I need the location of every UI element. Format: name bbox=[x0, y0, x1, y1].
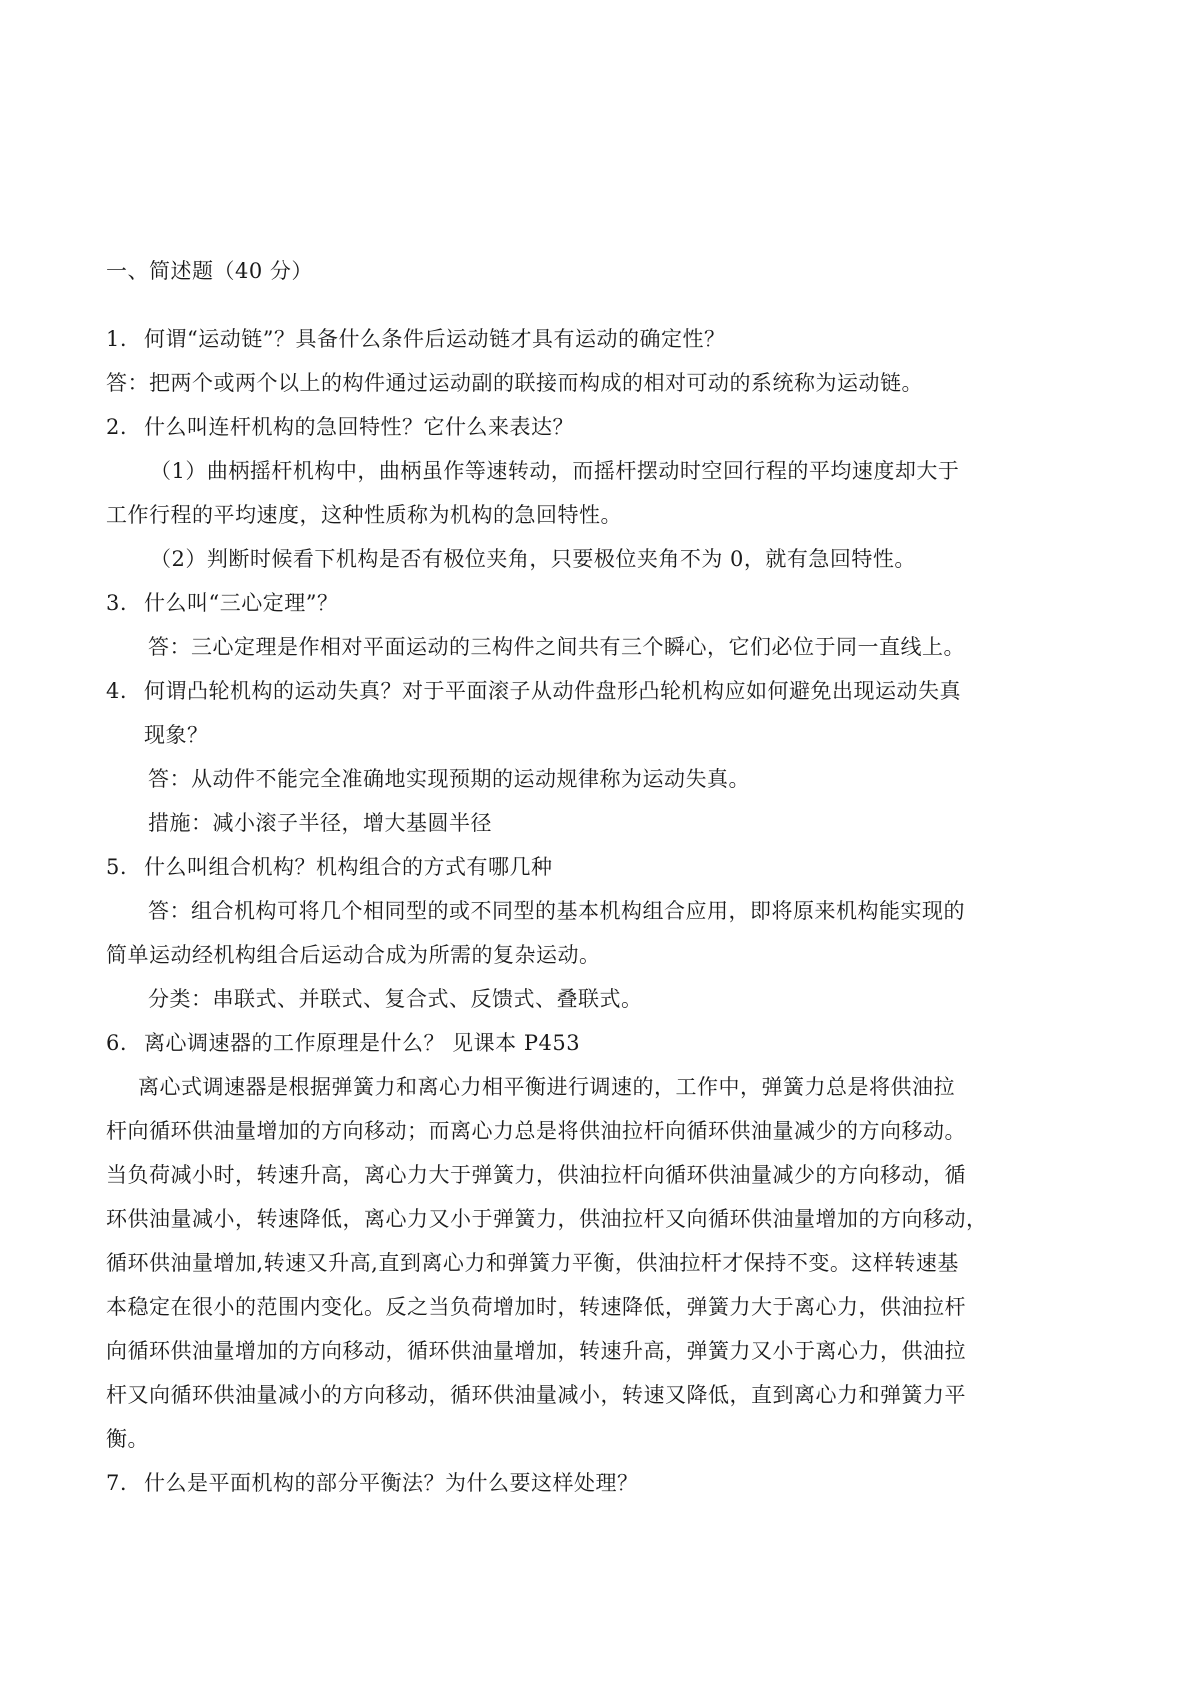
question-text: 什么是平面机构的部分平衡法？为什么要这样处理？ bbox=[144, 1471, 639, 1495]
question-number: 7. bbox=[106, 1469, 144, 1497]
answer-5-line-1: 答：组合机构可将几个相同型的或不同型的基本机构组合应用，即将原来机构能实现的 bbox=[148, 897, 965, 925]
question-6: 6.离心调速器的工作原理是什么？ 见课本 P453 bbox=[106, 1029, 580, 1057]
question-number: 4. bbox=[106, 677, 144, 705]
answer-6-line-1: 离心式调速器是根据弹簧力和离心力相平衡进行调速的，工作中，弹簧力总是将供油拉 bbox=[138, 1073, 955, 1101]
question-number: 2. bbox=[106, 413, 144, 441]
answer-6-line-9: 衡。 bbox=[106, 1425, 149, 1453]
answer-6-line-5: 循环供油量增加,转速又升高,直到离心力和弹簧力平衡，供油拉杆才保持不变。这样转速… bbox=[106, 1249, 959, 1277]
answer-2-line-2: 工作行程的平均速度，这种性质称为机构的急回特性。 bbox=[106, 501, 622, 529]
answer-6-line-8: 杆又向循环供油量减小的方向移动，循环供油量减小，转速又降低，直到离心力和弹簧力平 bbox=[106, 1381, 966, 1409]
answer-6-line-7: 向循环供油量增加的方向移动，循环供油量增加，转速升高，弹簧力又小于离心力，供油拉 bbox=[106, 1337, 966, 1365]
question-1: 1.何谓“运动链”？具备什么条件后运动链才具有运动的确定性？ bbox=[106, 325, 725, 353]
section-title: 一、简述题（40 分） bbox=[106, 257, 313, 285]
answer-4-line-2: 措施：减小滚子半径，增大基圆半径 bbox=[148, 809, 492, 837]
question-4-continued: 现象？ bbox=[144, 721, 209, 749]
question-text: 离心调速器的工作原理是什么？ 见课本 P453 bbox=[144, 1031, 580, 1055]
document-page: 一、简述题（40 分） 1.何谓“运动链”？具备什么条件后运动链才具有运动的确定… bbox=[0, 0, 1187, 1683]
question-text: 何谓“运动链”？具备什么条件后运动链才具有运动的确定性？ bbox=[144, 327, 725, 351]
question-4: 4.何谓凸轮机构的运动失真？对于平面滚子从动件盘形凸轮机构应如何避免出现运动失真 bbox=[106, 677, 961, 705]
answer-6-line-2: 杆向循环供油量增加的方向移动；而离心力总是将供油拉杆向循环供油量减少的方向移动。 bbox=[106, 1117, 966, 1145]
question-text: 什么叫组合机构？机构组合的方式有哪几种 bbox=[144, 855, 553, 879]
question-3: 3.什么叫“三心定理”？ bbox=[106, 589, 338, 617]
question-text: 什么叫连杆机构的急回特性？它什么来表达？ bbox=[144, 415, 574, 439]
question-number: 1. bbox=[106, 325, 144, 353]
answer-3-line-1: 答：三心定理是作相对平面运动的三构件之间共有三个瞬心，它们必位于同一直线上。 bbox=[148, 633, 965, 661]
question-7: 7.什么是平面机构的部分平衡法？为什么要这样处理？ bbox=[106, 1469, 639, 1497]
question-text: 什么叫“三心定理”？ bbox=[144, 591, 338, 615]
answer-5-line-2: 简单运动经机构组合后运动合成为所需的复杂运动。 bbox=[106, 941, 601, 969]
answer-4-line-1: 答：从动件不能完全准确地实现预期的运动规律称为运动失真。 bbox=[148, 765, 750, 793]
answer-2-line-1: （1）曲柄摇杆机构中，曲柄虽作等速转动，而摇杆摆动时空回行程的平均速度却大于 bbox=[150, 457, 959, 485]
answer-6-line-4: 环供油量减小，转速降低，离心力又小于弹簧力，供油拉杆又向循环供油量增加的方向移动… bbox=[106, 1205, 988, 1233]
answer-2-line-3: （2）判断时候看下机构是否有极位夹角，只要极位夹角不为 0，就有急回特性。 bbox=[150, 545, 916, 573]
question-2: 2.什么叫连杆机构的急回特性？它什么来表达？ bbox=[106, 413, 574, 441]
question-number: 6. bbox=[106, 1029, 144, 1057]
answer-6-line-3: 当负荷减小时，转速升高，离心力大于弹簧力，供油拉杆向循环供油量减少的方向移动，循 bbox=[106, 1161, 966, 1189]
question-number: 3. bbox=[106, 589, 144, 617]
answer-5-line-3: 分类：串联式、并联式、复合式、反馈式、叠联式。 bbox=[148, 985, 643, 1013]
answer-1-line-1: 答：把两个或两个以上的构件通过运动副的联接而构成的相对可动的系统称为运动链。 bbox=[106, 369, 923, 397]
question-text: 何谓凸轮机构的运动失真？对于平面滚子从动件盘形凸轮机构应如何避免出现运动失真 bbox=[144, 679, 961, 703]
question-number: 5. bbox=[106, 853, 144, 881]
question-5: 5.什么叫组合机构？机构组合的方式有哪几种 bbox=[106, 853, 553, 881]
answer-6-line-6: 本稳定在很小的范围内变化。反之当负荷增加时，转速降低，弹簧力大于离心力，供油拉杆 bbox=[106, 1293, 966, 1321]
